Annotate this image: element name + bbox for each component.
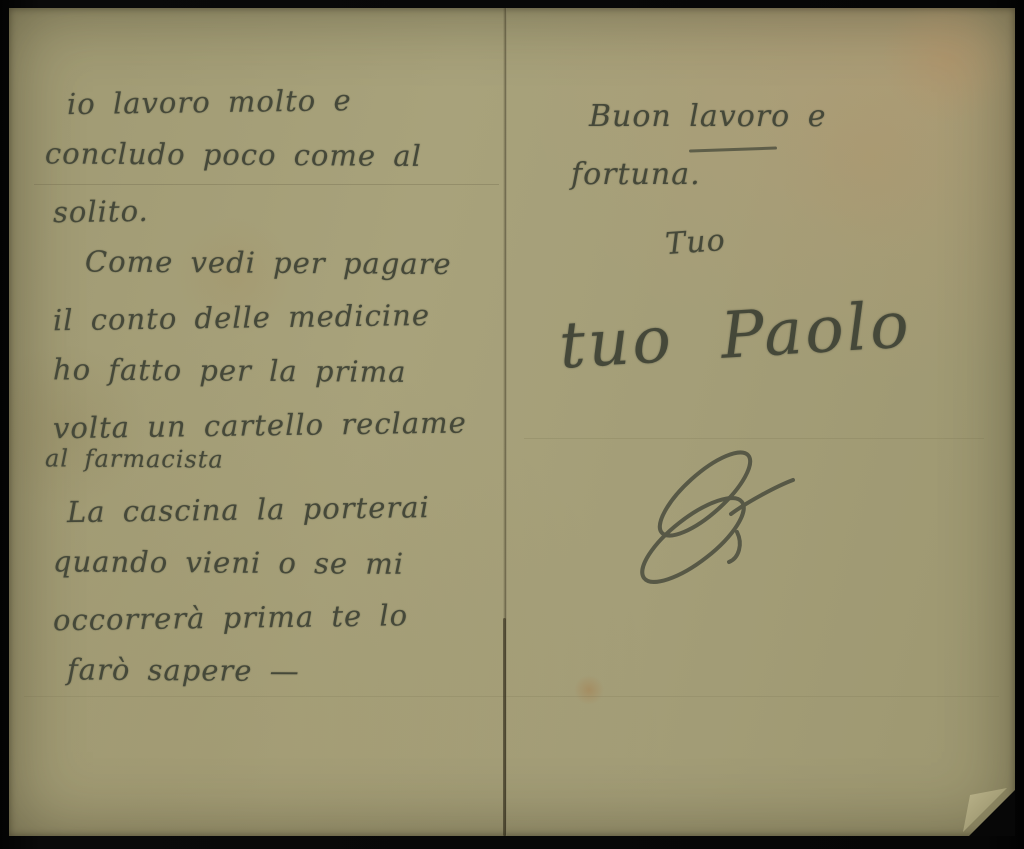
handwritten-line: il conto delle medicine — [53, 287, 516, 347]
handwritten-line: quando vieni o se mi — [53, 534, 515, 591]
handwritten-inserted-line: al farmacista — [45, 440, 515, 479]
handwritten-line: La cascina la porterai — [67, 479, 516, 539]
handwritten-line: concludo poco come al — [45, 126, 515, 183]
scanned-letter-frame: io lavoro molto e concludo poco come al … — [0, 0, 1024, 849]
signature-text: tuo Paolo — [557, 282, 1014, 384]
handwritten-line: Come vedi per pagare — [85, 234, 515, 291]
handwritten-line: farò sapere — — [67, 642, 515, 699]
handwritten-line: ho fatto per la prima — [53, 342, 515, 399]
right-page-text: Buon lavoro e fortuna. Tuo tuo Paolo — [557, 88, 1012, 370]
handwritten-line: io lavoro molto e — [67, 71, 516, 131]
signature-flourish-icon — [627, 436, 817, 606]
closing-line: fortuna. — [571, 146, 1012, 204]
closing-line: Tuo — [663, 192, 1013, 274]
letter-paper: io lavoro molto e concludo poco come al … — [9, 8, 1015, 836]
closing-line: Buon lavoro e — [589, 88, 1012, 146]
left-page-text: io lavoro molto e concludo poco come al … — [45, 74, 515, 698]
handwritten-line: occorrerà prima te lo — [53, 587, 516, 647]
handwritten-line: solito. — [53, 179, 516, 239]
